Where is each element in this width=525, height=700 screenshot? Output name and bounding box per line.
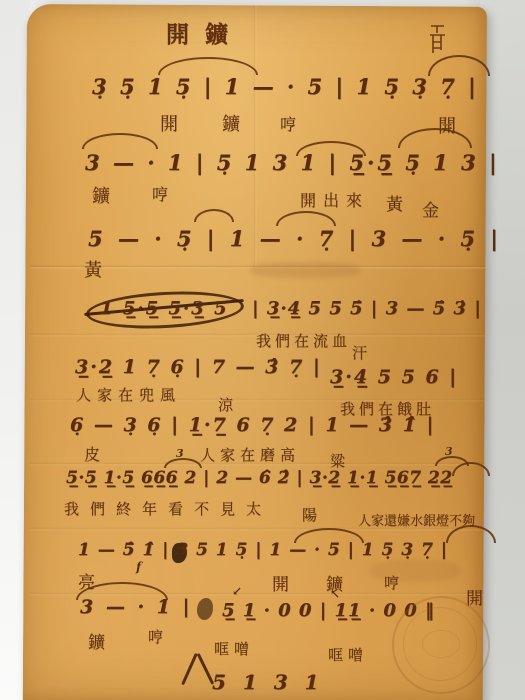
lyric: 金 — [422, 196, 439, 221]
photo-background: 開鑛 3̣ 5̣ 1 5̣ | 1 — · 5 | 1 5̣ 3̣ 7̣ | 開… — [0, 0, 525, 700]
notation-line-6: 6̣ — 3̣ 6̣ | 1̲·7̲ 6 7̣ 2 | 1 — 3̂ 1̂ | — [70, 414, 435, 436]
coda-notes: 5 1 3 1 — [212, 670, 324, 694]
lyric: 涼 — [218, 394, 233, 415]
lyric: 開出來 — [300, 188, 369, 211]
notation-line-2: 3 — · 1 | 5̣ 1 3 1 | 5̲·5̲ 5̣ 1 3 | — [85, 150, 500, 175]
dynamic-mark: f — [136, 560, 141, 574]
background-right-strip — [480, 0, 525, 700]
lyric: 哐噌 — [328, 644, 368, 665]
seal-stamp-icon — [392, 596, 490, 694]
notation-line-4-crossed: 1 5̲·5̲ 5̲·3̲ 5 — [100, 298, 228, 319]
lyric: 哼 — [148, 626, 163, 647]
notation-line-5b: 3̲·4̲ 5 5 6 | — [330, 366, 458, 388]
ink-smudge — [250, 262, 360, 278]
lyric: 開 — [272, 570, 289, 595]
arrow-mark-icon: ↙ — [232, 584, 242, 598]
lyric: 我們終年看不見太 — [64, 498, 272, 519]
lyric: 人家在兜風 — [76, 384, 181, 405]
lyric: 哼 — [384, 572, 399, 593]
arrow-mark-icon: ↖ — [330, 587, 340, 601]
triplet-number: 3 — [445, 445, 453, 458]
notation-line-3: 5 — · 5̣ | 1 — · 7̣ | 3 — · 5̣ | — [88, 226, 502, 251]
notation-line-4: | 3̲·4̲ 5 5 5̇ | 3 — 5̇ 3̇ | — [252, 298, 482, 319]
notation-line-9a: 3 — · 1 | — [80, 596, 192, 618]
notation-line-1: 3̣ 5̣ 1 5̣ | 1 — · 5 | 1 5̣ 3̣ 7̣ | — [92, 74, 479, 99]
corner-ink-mark-icon — [424, 22, 450, 58]
notation-line-7: 5̲·5̲ 1̲·5̲ 6̲6̲6̲ 2 | 2 — 6̂ 2̂ | 3̲·2̲… — [66, 468, 453, 488]
lyric: 陽 — [302, 504, 317, 525]
lyric: 我們在流血 — [256, 330, 351, 351]
song-title: 開鑛 — [166, 16, 244, 49]
lyric: 哐噌 — [214, 638, 254, 659]
lyric: 人家在磨高 — [200, 444, 300, 465]
lyric: 黃 — [84, 256, 102, 282]
lyric: 鑛 — [88, 628, 105, 653]
lyric: 黃 — [386, 190, 403, 215]
lyric: 哼 — [280, 112, 296, 135]
triplet-number: 3 — [176, 447, 184, 460]
lyric: 哼 — [152, 182, 168, 205]
lyric: 鑛 — [222, 110, 240, 136]
lyric: 汗 — [352, 342, 367, 363]
notation-line-5a: 3̲·2̲ 1 7̣ 6̣ | 7 — 3̂ 7̣ | — [75, 356, 322, 378]
lyric: 人家還嫌水銀燈不夠 — [358, 510, 475, 529]
lyric: 皮 — [84, 442, 100, 465]
lyric: 鑛 — [92, 182, 110, 208]
notation-line-8: 1 — 5̂ 1̂ | 3 5 1 5̣ | 1 — · 5 | 1 5̣ 3̣… — [78, 540, 448, 560]
lyric: 開 — [160, 110, 178, 136]
